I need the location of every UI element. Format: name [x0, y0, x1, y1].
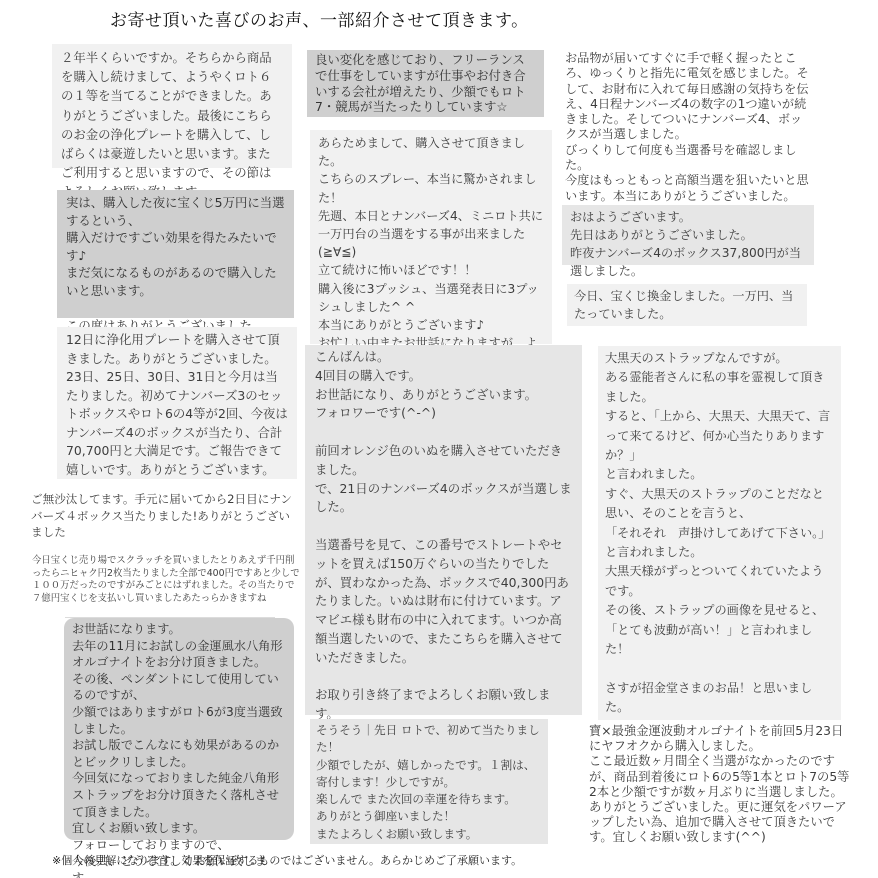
disclaimer: ※個人の見解になります。効果を保証するものではございません。あらかじめご了承願い…: [52, 852, 522, 868]
testimonial-card: 実は、購入した夜に宝くじ5万円に当選するという、 購入だけですごい効果を得たみた…: [57, 190, 294, 318]
page-title: お寄せ頂いた喜びのお声、一部紹介させて頂きます。: [110, 6, 529, 31]
testimonial-card: 12日に浄化用プレートを購入させて頂きました。ありがとうございました。 23日、…: [57, 327, 297, 479]
testimonial-card: お品物が届いてすぐに手で軽く握ったところ、ゆっくりと指先に電気を感じました。そし…: [559, 49, 815, 181]
testimonial-card: 寶×最強金運波動オルゴナイトを前回5月23日にヤフオクから購入しました。 ここ最…: [586, 722, 856, 852]
testimonial-card: おはようございます。 先日はありがとうございました。 昨夜ナンバーズ4のボックス…: [562, 205, 814, 265]
testimonial-card: 今日宝くじ売り場でスクラッチを買いましたとりあえず千円削ったらニヒャク円2枚当た…: [30, 553, 302, 617]
testimonial-card: 大黒天のストラップなんですが。 ある霊能者さんに私の事を霊視して頂きました。 す…: [598, 346, 841, 720]
testimonial-card: あらためまして、購入させて頂きました。 こちらのスプレー、本当に驚かされました！…: [310, 130, 552, 344]
testimonial-card: ２年半くらいですか。そちらから商品を購入し続けまして、ようやくロト６の１等を当て…: [52, 44, 292, 168]
testimonial-card: 良い変化を感じており、フリーランスで仕事をしていますが仕事やお付き合いする会社が…: [307, 50, 544, 117]
testimonial-card: ご無沙汰してます。手元に届いてから2日目にナンバーズ４ボックス当たりました!あり…: [27, 488, 302, 544]
testimonial-card: そうそう｜先日 ロトで、初めて当たりました！ 少額でしたが、嬉しかったです。１割…: [310, 719, 548, 844]
testimonial-card: 今日、宝くじ換金しました。一万円、当たっていました。: [567, 284, 807, 326]
testimonial-card: お世話になります。 去年の11月にお試しの金運風水八角形オルゴナイトをお分け頂き…: [64, 618, 294, 840]
testimonial-card: こんばんは。 4回目の購入です。 お世話になり、ありがとうございます。 フォロワ…: [305, 345, 582, 715]
